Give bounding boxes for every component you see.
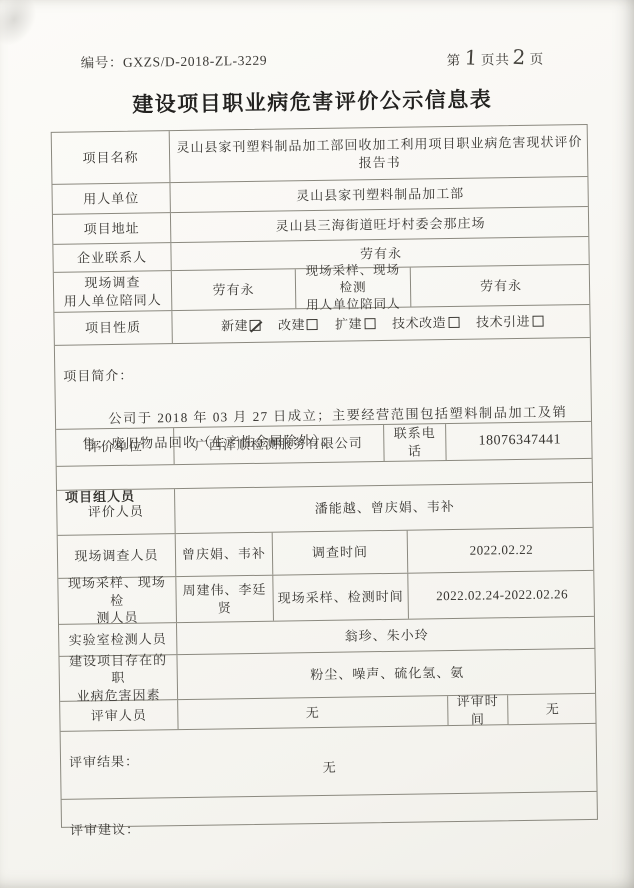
- review-time-label: 评审时间: [448, 695, 508, 725]
- review-time-value: 无: [508, 694, 597, 724]
- page-suffix: 页: [529, 48, 544, 68]
- employer-label: 用人单位: [52, 183, 170, 214]
- option-rebuild: 改建: [278, 316, 318, 334]
- nature-options-list: 新建 改建 扩建 技术改造 技术引进: [176, 312, 587, 336]
- project-nature-label: 项目性质: [54, 311, 172, 345]
- project-intro-label: 项目简介：: [63, 360, 584, 385]
- checkbox-checked-icon: [250, 320, 261, 331]
- review-staff-value: 无: [178, 696, 448, 729]
- project-intro-cell: 项目简介： 公司于 2018 年 03 月 27 日成立；主要经营范围包括塑料制…: [55, 338, 593, 429]
- page-content: 编号：GXZS/D-2018-ZL-3229 第 1 页共 2 页 建设项目职业…: [0, 0, 634, 888]
- checkbox-empty-icon: [448, 317, 459, 328]
- sampling-time-value: 2022.02.24-2022.02.26: [408, 571, 596, 619]
- checkbox-empty-icon: [532, 316, 543, 327]
- doc-number-value: GXZS/D-2018-ZL-3229: [123, 53, 267, 70]
- page-total-handwritten: 2: [512, 47, 527, 68]
- option-new-build-label: 新建: [221, 317, 248, 335]
- team-header-label: 项目组人员: [65, 481, 586, 506]
- option-tech-upgrade: 技术改造: [392, 314, 459, 333]
- survey-time-value: 2022.02.22: [408, 528, 596, 573]
- address-label: 项目地址: [53, 213, 171, 244]
- site-survey-escort-value: 劳有永: [172, 269, 297, 310]
- row-sampling-staff: 现场采样、现场检 测人员 周建伟、李廷贤 现场采样、检测时间 2022.02.2…: [58, 571, 594, 625]
- project-name-value: 灵山县家刊塑料制品加工部回收加工利用项目职业病危害现状评价报告书: [170, 125, 590, 182]
- sampling-staff-value: 周建伟、李廷贤: [176, 576, 274, 622]
- project-nature-options: 新建 改建 扩建 技术改造 技术引进: [172, 305, 591, 343]
- page-middle: 页共: [481, 48, 510, 68]
- doc-number: 编号：GXZS/D-2018-ZL-3229: [81, 49, 268, 72]
- checkbox-empty-icon: [307, 319, 318, 330]
- page-indicator: 第 1 页共 2 页: [446, 47, 544, 69]
- hazards-label: 建设项目存在的职 业病危害因素: [59, 655, 178, 701]
- info-table: 项目名称 灵山县家刊塑料制品加工部回收加工利用项目职业病危害现状评价报告书 用人…: [51, 124, 598, 828]
- option-rebuild-label: 改建: [278, 316, 305, 334]
- sampling-escort-label: 现场采样、现场检测 用人单位陪同人: [296, 268, 412, 309]
- row-review-result: 评审结果： 无: [61, 724, 597, 800]
- survey-staff-label: 现场调查人员: [58, 534, 177, 578]
- option-expand-label: 扩建: [335, 316, 362, 334]
- option-tech-import-label: 技术引进: [476, 313, 530, 331]
- row-project-name: 项目名称 灵山县家刊塑料制品加工部回收加工利用项目职业病危害现状评价报告书: [52, 125, 588, 185]
- page-current-handwritten: 1: [464, 47, 479, 68]
- option-new-build: 新建: [221, 317, 261, 335]
- sampling-escort-value: 劳有永: [411, 265, 592, 307]
- hazards-value: 粉尘、噪声、硫化氢、氨: [177, 649, 597, 699]
- project-name-label: 项目名称: [52, 131, 171, 184]
- row-project-intro: 项目简介： 公司于 2018 年 03 月 27 日成立；主要经营范围包括塑料制…: [55, 338, 591, 430]
- project-intro-text: 公司于 2018 年 03 月 27 日成立；主要经营范围包括塑料制品加工及销售…: [82, 399, 568, 458]
- review-suggestion-label: 评审建议：: [70, 814, 591, 839]
- lab-staff-value: 翁珍、朱小玲: [177, 617, 596, 654]
- checkbox-empty-icon: [364, 319, 375, 330]
- survey-time-label: 调查时间: [273, 531, 409, 575]
- page-prefix: 第: [447, 49, 462, 69]
- option-expand: 扩建: [335, 315, 375, 333]
- address-value: 灵山县三海街道旺圩村委会那庄场: [171, 207, 590, 242]
- site-survey-escort-label: 现场调查 用人单位陪同人: [54, 271, 173, 312]
- form-title: 建设项目职业病危害评价公示信息表: [0, 81, 629, 120]
- sampling-time-label: 现场采样、检测时间: [273, 574, 409, 621]
- company-contact-label: 企业联系人: [53, 243, 171, 272]
- review-staff-label: 评审人员: [60, 700, 178, 731]
- review-result-cell: 评审结果： 无: [61, 724, 599, 799]
- option-tech-upgrade-label: 技术改造: [392, 314, 446, 332]
- scanned-document-page: 编号：GXZS/D-2018-ZL-3229 第 1 页共 2 页 建设项目职业…: [0, 0, 634, 888]
- sampling-staff-label: 现场采样、现场检 测人员: [58, 577, 177, 624]
- row-hazards: 建设项目存在的职 业病危害因素 粉尘、噪声、硫化氢、氨: [59, 649, 595, 702]
- survey-staff-value: 曾庆娟、韦补: [176, 533, 274, 576]
- option-tech-import: 技术引进: [476, 313, 543, 332]
- doc-number-label: 编号：: [81, 55, 124, 71]
